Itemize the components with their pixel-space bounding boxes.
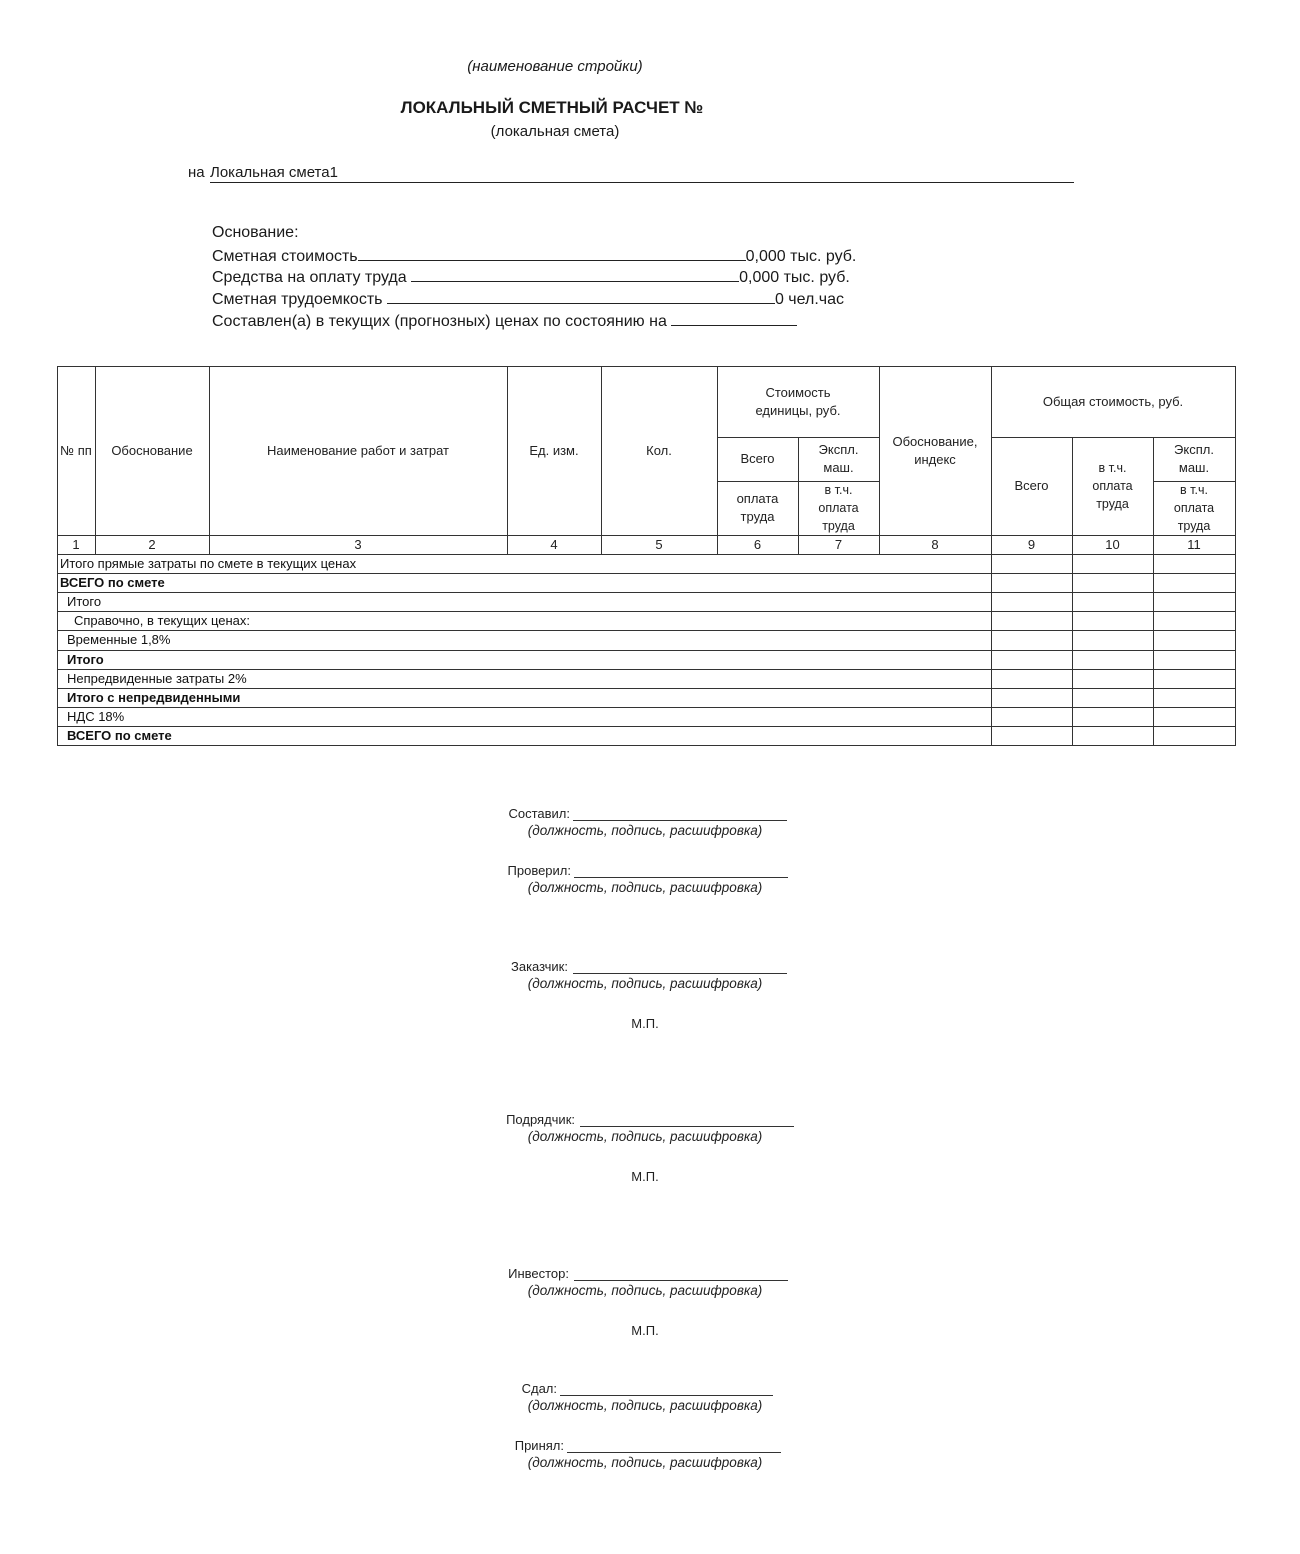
header-name: Наименование работ и затрат [209, 366, 507, 535]
header-unit-total: Всего [717, 437, 798, 481]
column-number: 8 [879, 535, 991, 554]
document-title: ЛОКАЛЬНЫЙ СМЕТНЫЙ РАСЧЕТ № [0, 98, 1104, 118]
investor-signature-field[interactable] [574, 1280, 788, 1281]
investor-hint: (должность, подпись, расшифровка) [0, 1283, 1290, 1298]
column-number: 10 [1072, 535, 1153, 554]
table-cell-col9[interactable] [991, 573, 1072, 592]
header-qty: Кол. [601, 366, 717, 535]
table-cell-col11[interactable] [1153, 573, 1235, 592]
labor-funds-value: 0,000 тыс. руб. [739, 269, 850, 286]
compiled-by-hint: (должность, подпись, расшифровка) [0, 823, 1290, 838]
prices-as-of-label: Составлен(а) в текущих (прогнозных) цена… [212, 313, 667, 330]
checked-by-label: Проверил: [508, 863, 571, 878]
column-number: 11 [1153, 535, 1235, 554]
column-number: 2 [95, 535, 209, 554]
document-subtitle: (локальная смета) [0, 123, 1110, 140]
contractor-hint: (должность, подпись, расшифровка) [0, 1129, 1290, 1144]
table-row-label: Непредвиденные затраты 2% [67, 669, 247, 688]
table-cell-col10[interactable] [1072, 573, 1153, 592]
column-number: 6 [717, 535, 798, 554]
estimated-cost-value: 0,000 тыс. руб. [746, 248, 857, 265]
table-cell-col11[interactable] [1153, 592, 1235, 611]
table-row-label: Итого [67, 592, 101, 611]
table-row-label: ВСЕГО по смете [60, 573, 165, 592]
contractor-stamp-place: М.П. [0, 1169, 1290, 1184]
table-cell-col9[interactable] [991, 669, 1072, 688]
labor-intensity-label: Сметная трудоемкость [212, 291, 382, 308]
table-border-right [1235, 366, 1236, 746]
column-number: 7 [798, 535, 879, 554]
table-cell-col10[interactable] [1072, 726, 1153, 745]
handed-over-by-label: Сдал: [522, 1381, 557, 1396]
table-row-label: Итого с непредвиденными [67, 688, 240, 707]
labor-intensity-line: Сметная трудоемкость 0 чел.час [212, 288, 844, 309]
table-row-label: Итого прямые затраты по смете в текущих … [60, 554, 356, 573]
table-cell-col11[interactable] [1153, 611, 1235, 630]
table-cell-col9[interactable] [991, 611, 1072, 630]
table-cell-col10[interactable] [1072, 630, 1153, 649]
table-cell-col10[interactable] [1072, 688, 1153, 707]
table-row-label: Итого [67, 650, 104, 669]
table-row-label: Временные 1,8% [67, 630, 170, 649]
table-cell-col9[interactable] [991, 688, 1072, 707]
checked-by-hint: (должность, подпись, расшифровка) [0, 880, 1290, 895]
header-unit-machines-labor: в т.ч. оплата труда [798, 481, 879, 535]
table-cell-col9[interactable] [991, 726, 1072, 745]
handed-over-by-hint: (должность, подпись, расшифровка) [0, 1398, 1290, 1413]
header-total-cost-group: Общая стоимость, руб. [991, 366, 1235, 437]
compiled-by-label: Составил: [508, 806, 570, 821]
customer-signature-field[interactable] [573, 973, 787, 974]
header-unit-cost-group: Стоимость единицы, руб. [717, 366, 879, 437]
handed-over-by-signature-field[interactable] [560, 1395, 773, 1396]
header-num: № пп [57, 366, 95, 535]
table-cell-col11[interactable] [1153, 650, 1235, 669]
table-cell-col11[interactable] [1153, 630, 1235, 649]
table-cell-col9[interactable] [991, 630, 1072, 649]
column-number: 1 [57, 535, 95, 554]
table-cell-col11[interactable] [1153, 726, 1235, 745]
accepted-by-label: Принял: [515, 1438, 564, 1453]
compiled-by-signature-field[interactable] [573, 820, 787, 821]
table-cell-col10[interactable] [1072, 611, 1153, 630]
table-row-label: ВСЕГО по смете [67, 726, 172, 745]
labor-funds-underline [411, 266, 739, 282]
table-cell-col9[interactable] [991, 554, 1072, 573]
customer-label: Заказчик: [511, 959, 568, 974]
header-total-machines: Экспл. маш. [1153, 437, 1235, 481]
accepted-by-hint: (должность, подпись, расшифровка) [0, 1455, 1290, 1470]
header-unit: Ед. изм. [507, 366, 601, 535]
table-cell-col10[interactable] [1072, 707, 1153, 726]
table-cell-col9[interactable] [991, 592, 1072, 611]
estimated-cost-line: Сметная стоимость0,000 тыс. руб. [212, 245, 856, 266]
investor-label: Инвестор: [508, 1266, 569, 1281]
table-cell-col9[interactable] [991, 650, 1072, 669]
labor-intensity-value: 0 чел.час [775, 291, 844, 308]
table-cell-col11[interactable] [1153, 688, 1235, 707]
header-total-labor: в т.ч. оплата труда [1072, 437, 1153, 535]
table-cell-col10[interactable] [1072, 650, 1153, 669]
estimate-table: № пп Обоснование Наименование работ и за… [57, 366, 1235, 746]
column-number: 3 [209, 535, 507, 554]
header-basis-index: Обоснование, индекс [879, 366, 991, 535]
construction-site-name: (наименование стройки) [0, 58, 1110, 75]
header-basis: Обоснование [95, 366, 209, 535]
contractor-signature-field[interactable] [580, 1126, 794, 1127]
customer-stamp-place: М.П. [0, 1016, 1290, 1031]
table-cell-col11[interactable] [1153, 669, 1235, 688]
header-total-all: Всего [991, 437, 1072, 535]
labor-funds-label: Средства на оплату труда [212, 269, 407, 286]
header-unit-machines: Экспл. маш. [798, 437, 879, 481]
customer-hint: (должность, подпись, расшифровка) [0, 976, 1290, 991]
column-number: 4 [507, 535, 601, 554]
table-row-label: НДС 18% [67, 707, 124, 726]
contractor-label: Подрядчик: [506, 1112, 575, 1127]
basis-heading: Основание: [212, 224, 299, 242]
header-total-machines-labor: в т.ч. оплата труда [1153, 481, 1235, 535]
table-cell-col11[interactable] [1153, 554, 1235, 573]
column-number: 9 [991, 535, 1072, 554]
estimate-for-label: на [188, 164, 205, 181]
estimated-cost-label: Сметная стоимость [212, 248, 358, 265]
checked-by-signature-field[interactable] [574, 877, 788, 878]
labor-intensity-underline [387, 288, 775, 304]
table-cell-col10[interactable] [1072, 669, 1153, 688]
table-cell-col11[interactable] [1153, 707, 1235, 726]
labor-funds-line: Средства на оплату труда 0,000 тыс. руб. [212, 266, 850, 287]
table-row-label: Справочно, в текущих ценах: [74, 611, 250, 630]
table-cell-col10[interactable] [1072, 554, 1153, 573]
row-divider [57, 745, 1235, 746]
accepted-by-signature-field[interactable] [567, 1452, 781, 1453]
investor-stamp-place: М.П. [0, 1323, 1290, 1338]
column-number: 5 [601, 535, 717, 554]
table-cell-col9[interactable] [991, 707, 1072, 726]
estimated-cost-underline [358, 245, 746, 261]
prices-as-of-field[interactable] [671, 310, 797, 326]
prices-as-of-line: Составлен(а) в текущих (прогнозных) цена… [212, 310, 797, 331]
table-cell-col10[interactable] [1072, 592, 1153, 611]
header-unit-labor: оплата труда [717, 481, 798, 535]
estimate-for-field[interactable]: Локальная смета1 [210, 164, 1074, 183]
